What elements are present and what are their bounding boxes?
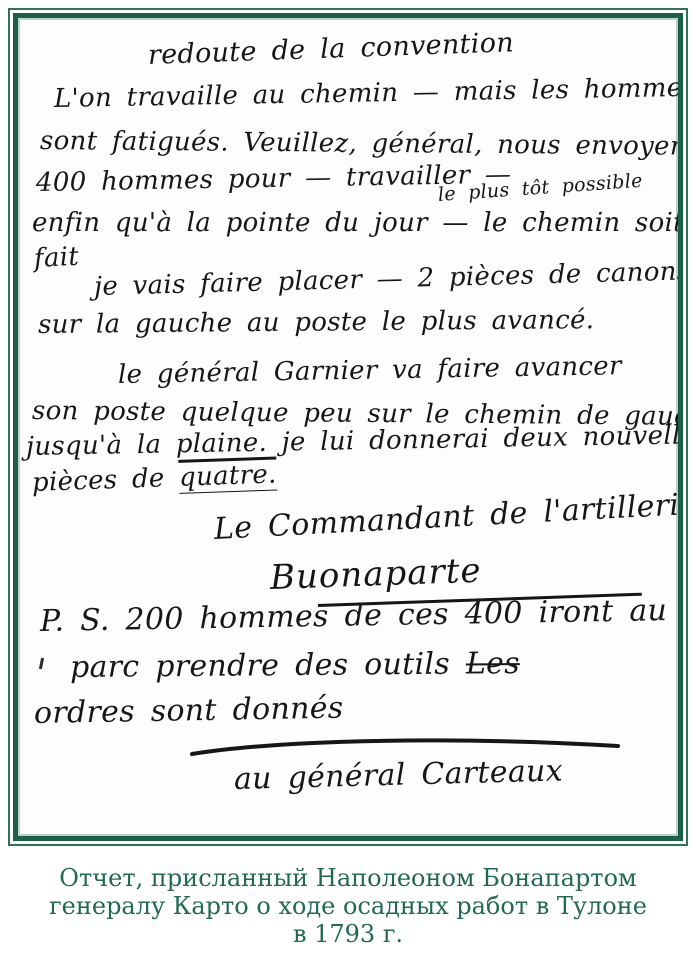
ps-line: parc prendre des outils Les: [70, 646, 520, 685]
ps-line-text: parc prendre des outils: [70, 647, 466, 685]
ink-mark: [39, 658, 44, 669]
pieces-prefix: pièces de: [31, 463, 179, 498]
manuscript-line-pieces: pièces de quatre.: [31, 459, 277, 498]
ps-line: ordres sont donnés: [34, 691, 344, 731]
book-page: redoute de la convention L'on travaille …: [0, 0, 696, 970]
pieces-word-emphasized: quatre.: [178, 456, 277, 493]
facsimile-paper: redoute de la convention L'on travaille …: [13, 13, 683, 841]
manuscript-line: L'on travaille au chemin — mais les homm…: [54, 73, 683, 114]
caption-line: Отчет, присланный Наполеоном Бонапартом: [0, 864, 696, 892]
signature-title: Le Commandant de l'artillerie: [213, 487, 683, 547]
illustration-caption: Отчет, присланный Наполеоном Бонапартом …: [0, 864, 696, 948]
manuscript-line: sont fatigués. Veuillez, général, nous e…: [40, 126, 683, 162]
manuscript-line: enfin qu'à la pointe du jour — le chemin…: [32, 208, 683, 238]
manuscript-line: je vais faire placer — 2 pièces de canon…: [94, 256, 683, 302]
ps-struck-word: Les: [466, 646, 520, 681]
ps-line: P. S. 200 hommes de ces 400 iront au: [40, 593, 668, 639]
manuscript-line: sur la gauche au poste le plus avancé.: [38, 305, 595, 340]
manuscript-line: le général Garnier va faire avancer: [118, 351, 622, 390]
facsimile-frame: redoute de la convention L'on travaille …: [8, 8, 688, 846]
manuscript-heading: redoute de la convention: [147, 27, 514, 71]
address-line: au général Carteaux: [234, 753, 564, 797]
manuscript-line: fait: [33, 242, 80, 274]
caption-line: генералу Карто о ходе осадных работ в Ту…: [0, 892, 696, 920]
caption-line: в 1793 г.: [0, 920, 696, 948]
signature-name: Buonaparte: [269, 551, 482, 598]
